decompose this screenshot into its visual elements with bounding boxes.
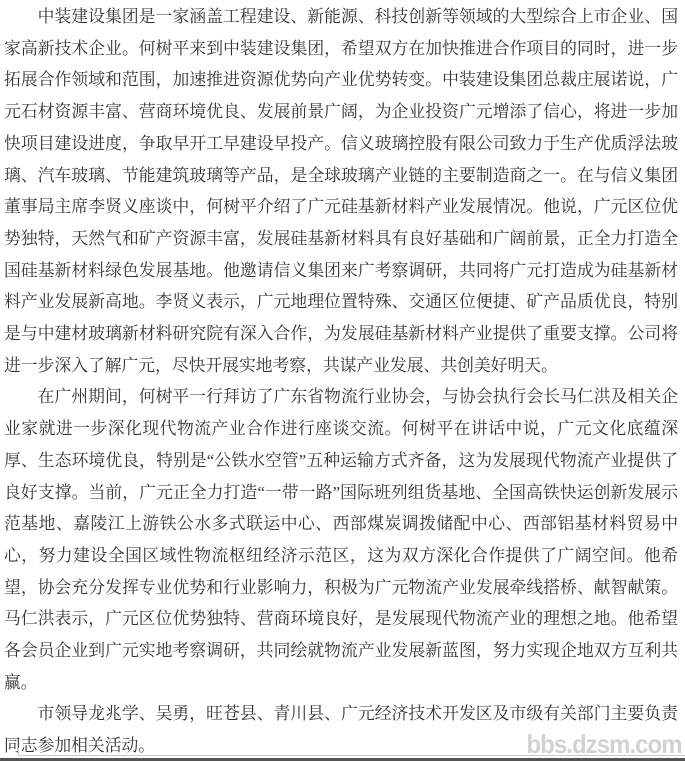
watermark: bbs.dzsm.com: [527, 729, 682, 760]
bottom-divider-tick: [18, 748, 19, 756]
article-body: 中装建设集团是一家涵盖工程建设、新能源、科技创新等领域的大型综合上市企业、国家高…: [4, 1, 678, 762]
article-paragraph: 中装建设集团是一家涵盖工程建设、新能源、科技创新等领域的大型综合上市企业、国家高…: [4, 1, 678, 381]
article-paragraph: 在广州期间，何树平一行拜访了广东省物流行业协会，与协会执行会长马仁洪及相关企业家…: [4, 381, 678, 698]
